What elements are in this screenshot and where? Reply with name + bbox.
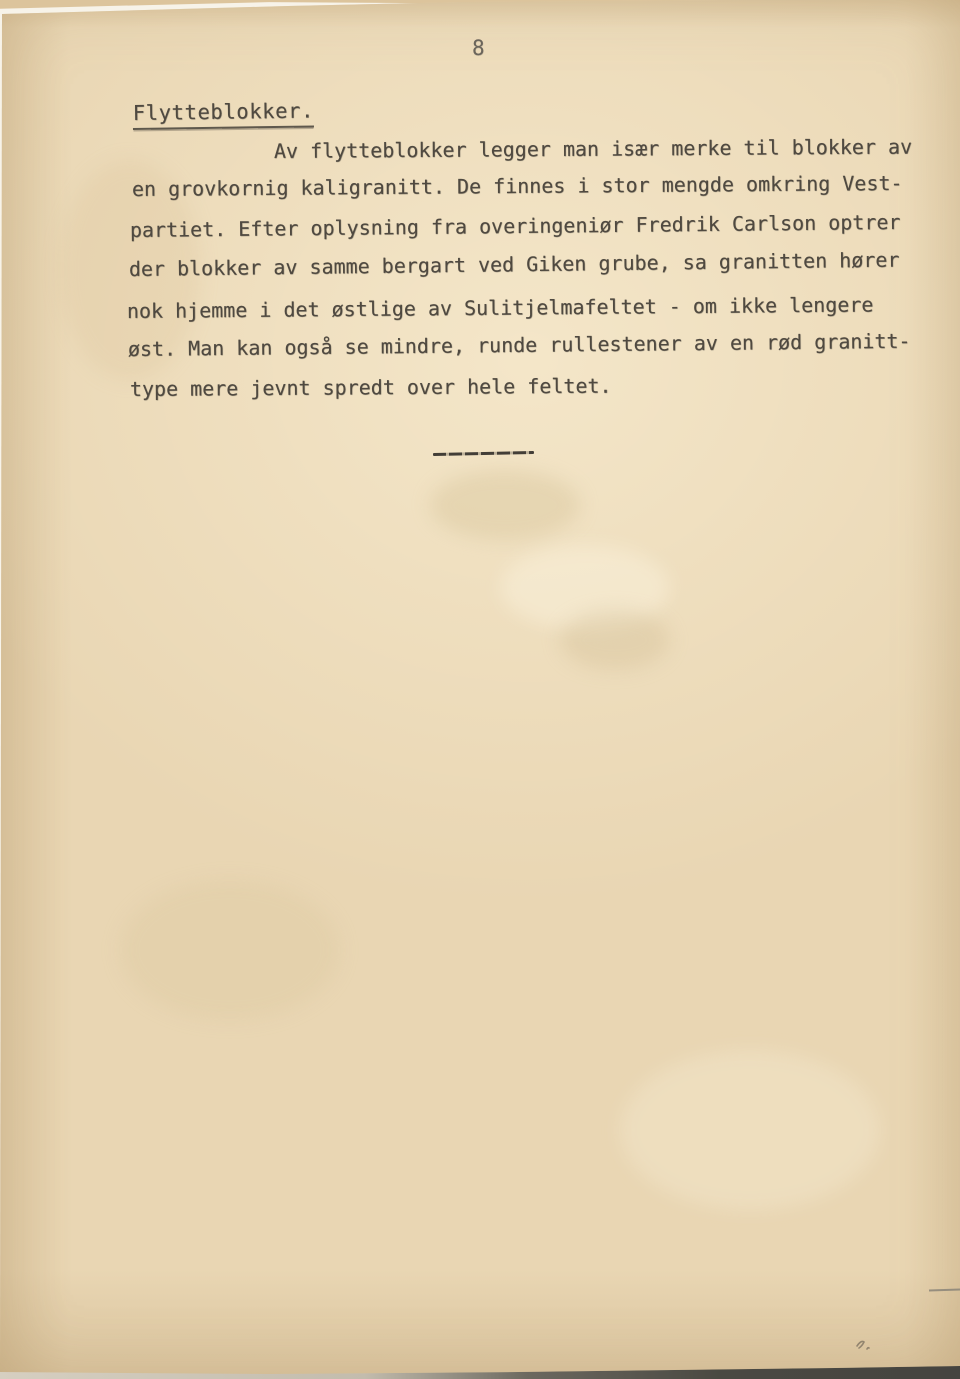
scanned-page: 8 Flytteblokker. Av flytteblokker legger… <box>0 0 960 1379</box>
paragraph-line: nok hjemme i det østlige av Sulitjelmafe… <box>127 292 874 323</box>
paper-stain <box>430 470 580 540</box>
section-title: Flytteblokker. <box>133 98 315 130</box>
paragraph-line: Av flytteblokker legger man især merke t… <box>274 135 912 163</box>
paragraph-line: partiet. Efter oplysning fra overingeniø… <box>130 210 901 242</box>
typed-divider-line <box>433 451 534 456</box>
paper-stain <box>120 880 340 1020</box>
paper-stain <box>620 1050 880 1210</box>
paper-stain <box>560 610 670 670</box>
paper-stain <box>500 545 670 630</box>
handwritten-mark <box>854 1332 882 1354</box>
paragraph-line: øst. Man kan også se mindre, runde rulle… <box>128 329 911 361</box>
paragraph-line: en grovkornig kaligranitt. De finnes i s… <box>132 171 903 201</box>
paragraph-line: type mere jevnt spredt over hele feltet. <box>130 374 612 401</box>
paragraph-line: der blokker av samme bergart ved Giken g… <box>129 248 900 281</box>
page-number: 8 <box>472 36 485 60</box>
pencil-dash-mark <box>929 1288 960 1291</box>
